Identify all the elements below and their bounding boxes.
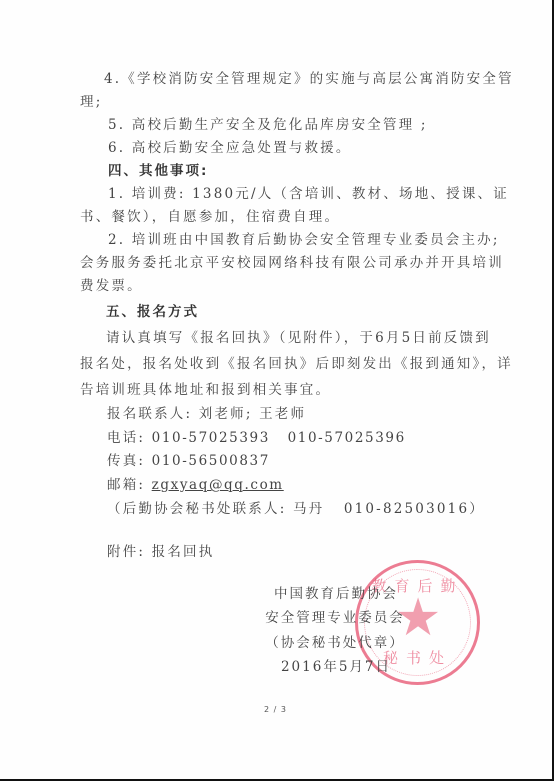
signature-org-line1: 中国教育后勤协会: [236, 582, 436, 602]
signature-org-line3: （协会秘书处代章）: [235, 631, 435, 651]
contact-people: 报名联系人: 刘老师; 王老师: [107, 405, 306, 423]
signup-line2: 报名处，报名处收到《报名回执》后即刻发出《报到通知》，详: [80, 355, 513, 373]
list-item-5: 5. 高校后勤生产安全及危化品库房安全管理 ;: [108, 116, 428, 134]
secretariat-contact: （后勤协会秘书处联系人: 马丹 010-82503016）: [107, 500, 485, 518]
organizer-line1: 2. 培训班由中国教育后勤协会安全管理专业委员会主办;: [108, 231, 500, 249]
contact-fax: 传真: 010-56500837: [107, 452, 270, 470]
document-page: 4.《学校消防安全管理规定》的实施与高层公寓消防安全管 理; 5. 高校后勤生产…: [0, 0, 554, 781]
attachment-note: 附件: 报名回执: [107, 543, 214, 561]
page-number: 2 / 3: [264, 705, 287, 714]
organizer-line3: 费发票。: [80, 277, 143, 295]
fee-line1: 1. 培训费: 1380元/人（含培训、教材、场地、授课、证: [108, 185, 509, 203]
list-item-4-line1: 4.《学校消防安全管理规定》的实施与高层公寓消防安全管: [104, 70, 514, 88]
fax-value: 010-56500837: [152, 453, 270, 469]
signature-date: 2016年5月7日: [236, 655, 436, 675]
signature-org-line2: 安全管理专业委员会: [235, 606, 435, 626]
email-label: 邮箱:: [107, 477, 145, 493]
signup-line3: 告培训班具体地址和报到相关事宜。: [80, 381, 331, 399]
phone-label: 电话:: [107, 430, 145, 446]
fax-label: 传真:: [107, 453, 145, 469]
contact-people-label: 报名联系人:: [107, 406, 192, 422]
list-item-4-line2: 理;: [80, 93, 102, 111]
organizer-line2: 会务服务委托北京平安校园网络科技有限公司承办并开具培训: [80, 254, 504, 272]
contact-phone: 电话: 010-57025393 010-57025396: [107, 429, 406, 447]
section-heading-signup: 五、报名方式: [106, 303, 199, 321]
signup-line1: 请认真填写《报名回执》（见附件），于6月5日前反馈到: [106, 329, 491, 347]
contact-people-value: 刘老师; 王老师: [199, 406, 306, 422]
list-item-6: 6. 高校后勤安全应急处置与救援。: [108, 139, 352, 157]
section-heading-other: 四、其他事项:: [108, 162, 208, 180]
contact-email: 邮箱: zgxyaq@qq.com: [107, 476, 284, 494]
phone-value: 010-57025393 010-57025396: [152, 430, 406, 446]
fee-line2: 书、餐饮），自愿参加，住宿费自理。: [80, 208, 340, 226]
email-link[interactable]: zgxyaq@qq.com: [152, 477, 284, 493]
